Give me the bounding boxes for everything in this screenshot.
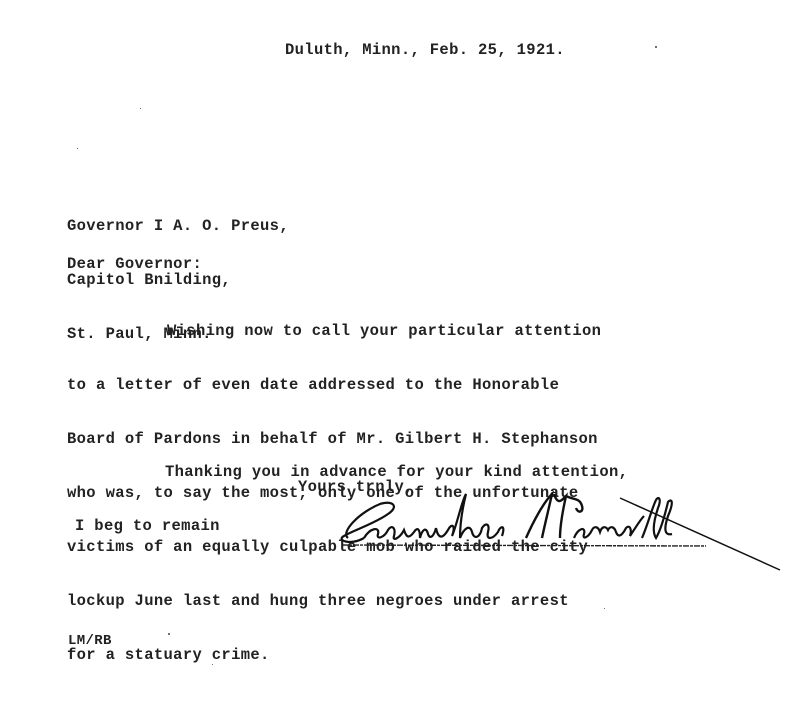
salutation: Dear Governor: [67, 255, 202, 273]
scan-speck [655, 46, 657, 48]
recipient-line: Governor I A. O. Preus, [67, 217, 289, 235]
body-line: for a statuary crime. [67, 646, 601, 664]
body-line: Wishing now to call your particular atte… [167, 322, 601, 340]
scan-speck [604, 608, 605, 609]
letter-page: Duluth, Minn., Feb. 25, 1921. Governor I… [0, 0, 800, 704]
body-line: lockup June last and hung three negroes … [67, 592, 601, 610]
scan-speck [77, 148, 78, 149]
dateline: Duluth, Minn., Feb. 25, 1921. [285, 41, 565, 59]
scan-speck [140, 108, 141, 109]
scan-speck [168, 633, 170, 635]
scan-speck [212, 664, 213, 665]
scan-speck [420, 597, 421, 598]
reference-initials: LM/RB [68, 632, 112, 650]
body-line: to a letter of even date addressed to th… [67, 376, 601, 394]
handwritten-signature [330, 480, 790, 590]
